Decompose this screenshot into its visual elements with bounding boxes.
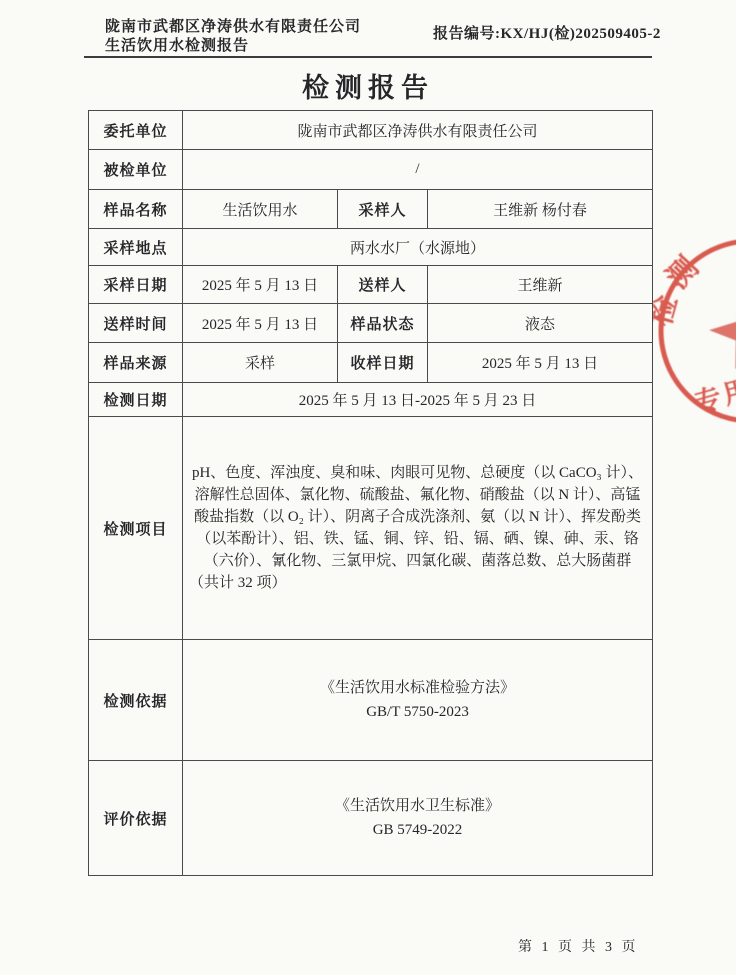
table-row: 采样日期 2025 年 5 月 13 日 送样人 王维新 — [89, 266, 653, 304]
client-value: 陇南市武都区净涛供水有限责任公司 — [183, 111, 653, 150]
header-company-block: 陇南市武都区净涛供水有限责任公司 生活饮用水检测报告 — [105, 18, 361, 56]
red-seal-stamp: 检测 专用章 — [653, 233, 736, 429]
report-table: 委托单位 陇南市武都区净涛供水有限责任公司 被检单位 / 样品名称 生活饮用水 … — [88, 110, 653, 876]
table-row: 委托单位 陇南市武都区净涛供水有限责任公司 — [89, 111, 653, 150]
page-title: 检测报告 — [0, 66, 736, 105]
sampler-value: 王维新 杨付春 — [428, 190, 653, 229]
sample-source-label: 样品来源 — [89, 343, 183, 383]
evaluation-basis-standard-code: GB 5749-2022 — [189, 818, 646, 842]
sample-sender-label: 送样人 — [338, 266, 428, 304]
seal-arc-text: 检测 — [653, 240, 724, 337]
table-row: 被检单位 / — [89, 150, 653, 190]
sampler-label: 采样人 — [338, 190, 428, 229]
receive-date-value: 2025 年 5 月 13 日 — [428, 343, 653, 383]
sampling-date-label: 采样日期 — [89, 266, 183, 304]
test-date-value: 2025 年 5 月 13 日-2025 年 5 月 23 日 — [183, 383, 653, 417]
test-date-label: 检测日期 — [89, 383, 183, 417]
sampling-site-label: 采样地点 — [89, 229, 183, 266]
test-items-value: pH、色度、浑浊度、臭和味、肉眼可见物、总硬度（以 CaCO₃ 计）、溶解性总固… — [183, 417, 653, 640]
table-row: 检测日期 2025 年 5 月 13 日-2025 年 5 月 23 日 — [89, 383, 653, 417]
table-row: 检测项目 pH、色度、浑浊度、臭和味、肉眼可见物、总硬度（以 CaCO₃ 计）、… — [89, 417, 653, 640]
table-row: 采样地点 两水水厂（水源地） — [89, 229, 653, 266]
table-row: 送样时间 2025 年 5 月 13 日 样品状态 液态 — [89, 304, 653, 343]
test-items-label: 检测项目 — [89, 417, 183, 640]
test-basis-label: 检测依据 — [89, 640, 183, 761]
receive-date-label: 收样日期 — [338, 343, 428, 383]
delivery-time-label: 送样时间 — [89, 304, 183, 343]
star-icon — [702, 283, 736, 374]
evaluation-basis-label: 评价依据 — [89, 761, 183, 876]
report-page: 陇南市武都区净涛供水有限责任公司 生活饮用水检测报告 报告编号:KX/HJ(检)… — [0, 0, 736, 975]
seal-graphic: 检测 专用章 — [653, 233, 736, 429]
test-basis-value: 《生活饮用水标准检验方法》 GB/T 5750-2023 — [183, 640, 653, 761]
table-row: 检测依据 《生活饮用水标准检验方法》 GB/T 5750-2023 — [89, 640, 653, 761]
seal-circle — [653, 233, 736, 429]
sample-state-value: 液态 — [428, 304, 653, 343]
test-basis-standard-code: GB/T 5750-2023 — [189, 700, 646, 724]
table-row: 样品名称 生活饮用水 采样人 王维新 杨付春 — [89, 190, 653, 229]
client-label: 委托单位 — [89, 111, 183, 150]
header-company-name: 陇南市武都区净涛供水有限责任公司 — [105, 18, 361, 37]
seal-bottom-text: 专用章 — [691, 364, 736, 419]
sample-name-value: 生活饮用水 — [183, 190, 338, 229]
inspected-unit-label: 被检单位 — [89, 150, 183, 190]
table-row: 样品来源 采样 收样日期 2025 年 5 月 13 日 — [89, 343, 653, 383]
inspected-unit-value: / — [183, 150, 653, 190]
table-row: 评价依据 《生活饮用水卫生标准》 GB 5749-2022 — [89, 761, 653, 876]
sample-name-label: 样品名称 — [89, 190, 183, 229]
report-number: 报告编号:KX/HJ(检)202509405-2 — [433, 22, 661, 43]
test-basis-standard-name: 《生活饮用水标准检验方法》 — [189, 676, 646, 700]
page-number: 第 1 页 共 3 页 — [518, 936, 639, 956]
header-divider — [84, 56, 652, 58]
sampling-date-value: 2025 年 5 月 13 日 — [183, 266, 338, 304]
evaluation-basis-standard-name: 《生活饮用水卫生标准》 — [189, 794, 646, 818]
delivery-time-value: 2025 年 5 月 13 日 — [183, 304, 338, 343]
header-doc-subtitle: 生活饮用水检测报告 — [105, 37, 361, 56]
sample-state-label: 样品状态 — [338, 304, 428, 343]
evaluation-basis-value: 《生活饮用水卫生标准》 GB 5749-2022 — [183, 761, 653, 876]
sample-sender-value: 王维新 — [428, 266, 653, 304]
sampling-site-value: 两水水厂（水源地） — [183, 229, 653, 266]
sample-source-value: 采样 — [183, 343, 338, 383]
